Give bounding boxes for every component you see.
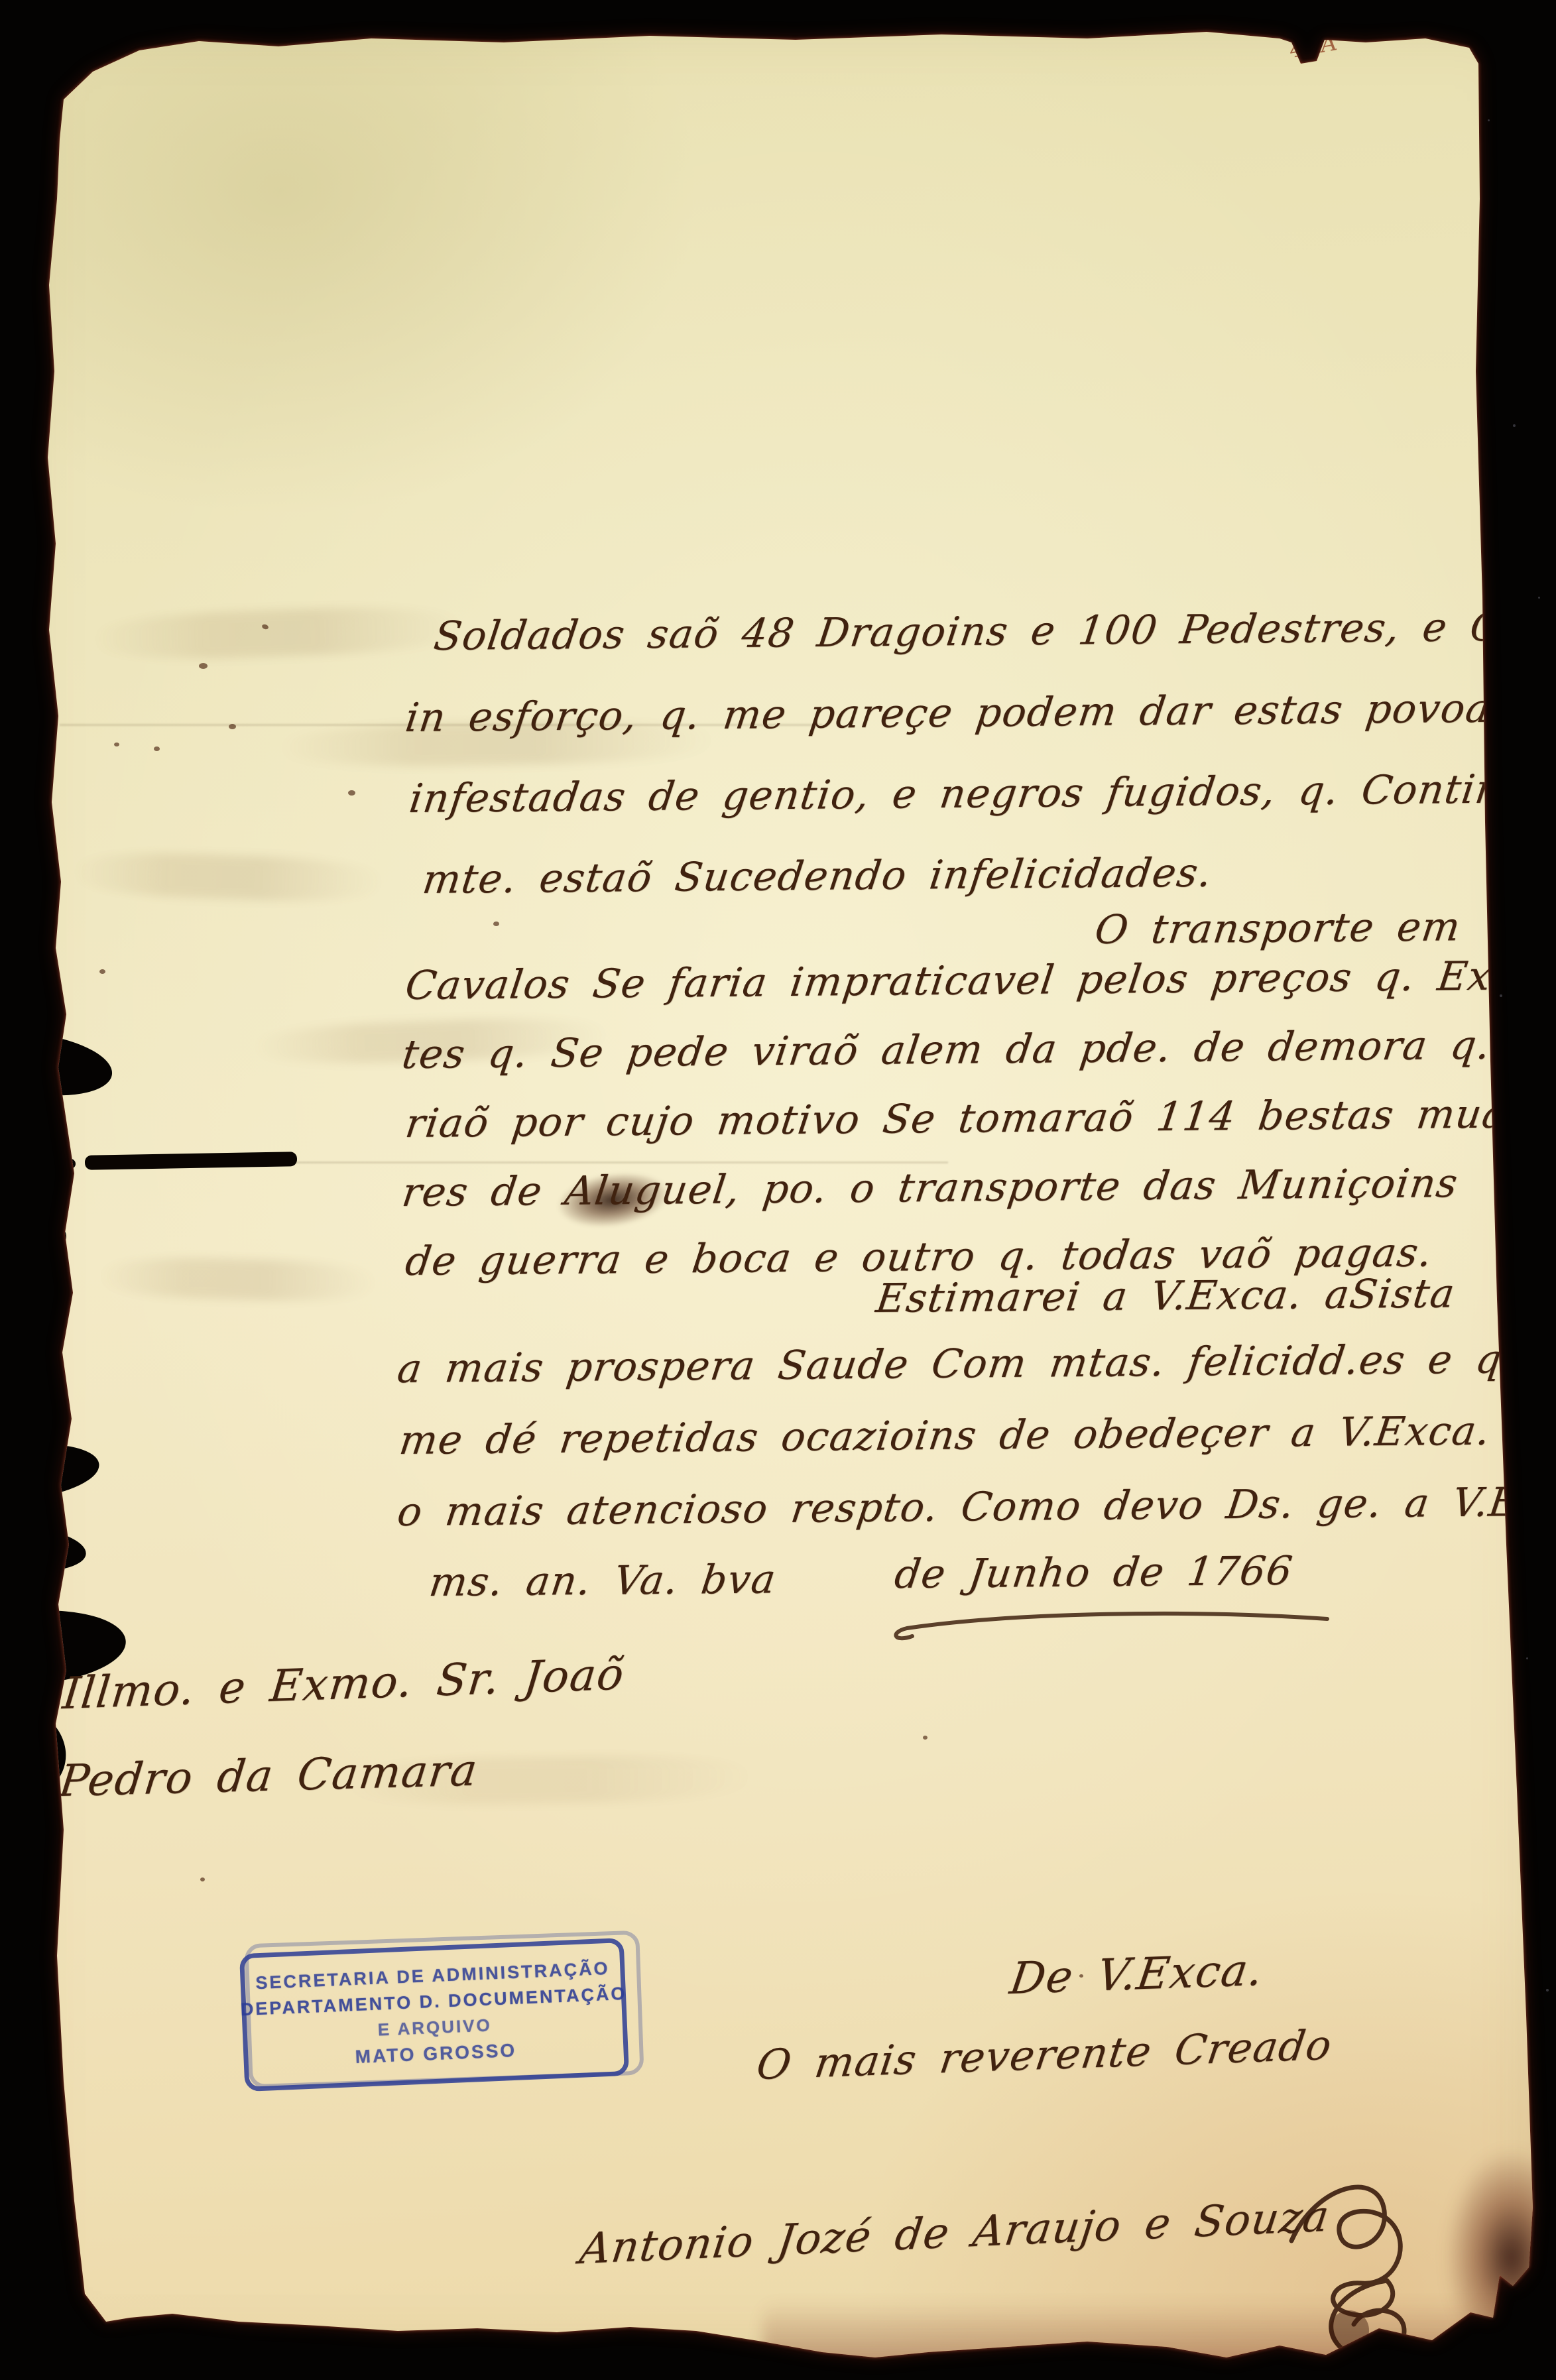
foxing-speck — [229, 724, 236, 729]
burn-mark — [1445, 2148, 1556, 2367]
closing-line: De V.Exca. — [1007, 1944, 1267, 2004]
foxing-speck — [923, 1736, 928, 1740]
body-line: O transporte em — [1092, 904, 1463, 953]
dust-speck — [1488, 119, 1490, 121]
body-line: a mais prospera Saude Com mtas. felicidd… — [394, 1336, 1519, 1392]
dust-speck — [1500, 994, 1502, 997]
foxing-speck — [199, 663, 208, 669]
stamp-line: MATO GROSSO — [355, 2039, 517, 2067]
paper-crease — [252, 1161, 948, 1163]
foxing-speck — [114, 743, 119, 746]
paper-slit-tear — [61, 1159, 76, 1169]
edge-tear — [0, 1213, 66, 1260]
paper-slit-tear — [85, 1152, 297, 1170]
body-line: Cavalos Se faria impraticavel pelos preç… — [402, 952, 1556, 1009]
date-underline — [882, 1604, 1346, 1651]
dust-speck — [1538, 597, 1540, 599]
date-text: de Junho de 1766 — [892, 1548, 1295, 1598]
foxing-speck — [99, 969, 105, 974]
foxing-speck — [493, 922, 499, 926]
edge-tear — [0, 1519, 88, 1577]
foxing-speck — [154, 746, 160, 751]
edge-tear — [0, 1024, 116, 1104]
scan-background: 43A Soldados saõ 48 Dragoins e 100 Pedes… — [0, 0, 1556, 2380]
stamp-line: E ARQUIVO — [377, 2015, 492, 2040]
edge-tear — [0, 1438, 102, 1506]
body-line: infestadas de gentio, e negros fugidos, … — [406, 766, 1556, 822]
body-line: me dé repetidas ocazioins de obedeçer a … — [396, 1407, 1556, 1464]
dust-speck — [1526, 1657, 1528, 1659]
dust-speck — [1513, 424, 1516, 427]
closing-line: O mais reverente Creado — [754, 2021, 1335, 2090]
body-line: Soldados saõ 48 Dragoins e 100 Pedestres… — [431, 603, 1556, 660]
bleed-through-stain — [92, 603, 465, 663]
address-line: Illmo. e Exmo. Sr. Joaõ — [60, 1648, 627, 1719]
foxing-speck — [200, 1877, 205, 1881]
bleed-through-stain — [99, 1256, 378, 1303]
body-line: res de Aluguel, po. o transporte das Mun… — [399, 1160, 1461, 1216]
archive-stamp: SECRETARIA DE ADMINISTRAÇÃO DEPARTAMENTO… — [239, 1938, 629, 2092]
signature-flourish — [1280, 2174, 1445, 2373]
body-line: o mais atencioso respto. Como devo Ds. g… — [394, 1478, 1556, 1535]
bleed-through-stain — [72, 850, 385, 904]
dust-speck — [1546, 1989, 1549, 1992]
foxing-speck — [348, 790, 355, 796]
date-place: ms. an. Va. bva — [426, 1556, 779, 1606]
body-line: in esforço, q. me pareçe podem dar estas… — [402, 684, 1556, 741]
body-line: Estimarei a V.Exca. aSista — [873, 1270, 1458, 1322]
signature-name: Antonio Jozé de Araujo e Souza — [577, 2192, 1333, 2274]
body-line: mte. estaõ Sucedendo infelicidades. — [420, 850, 1215, 903]
corner-mark: 43A — [1287, 29, 1341, 64]
document-page: 43A Soldados saõ 48 Dragoins e 100 Pedes… — [0, 0, 1556, 2380]
body-line: riaõ por cujo motivo Se tomaraõ 114 best… — [402, 1091, 1510, 1147]
